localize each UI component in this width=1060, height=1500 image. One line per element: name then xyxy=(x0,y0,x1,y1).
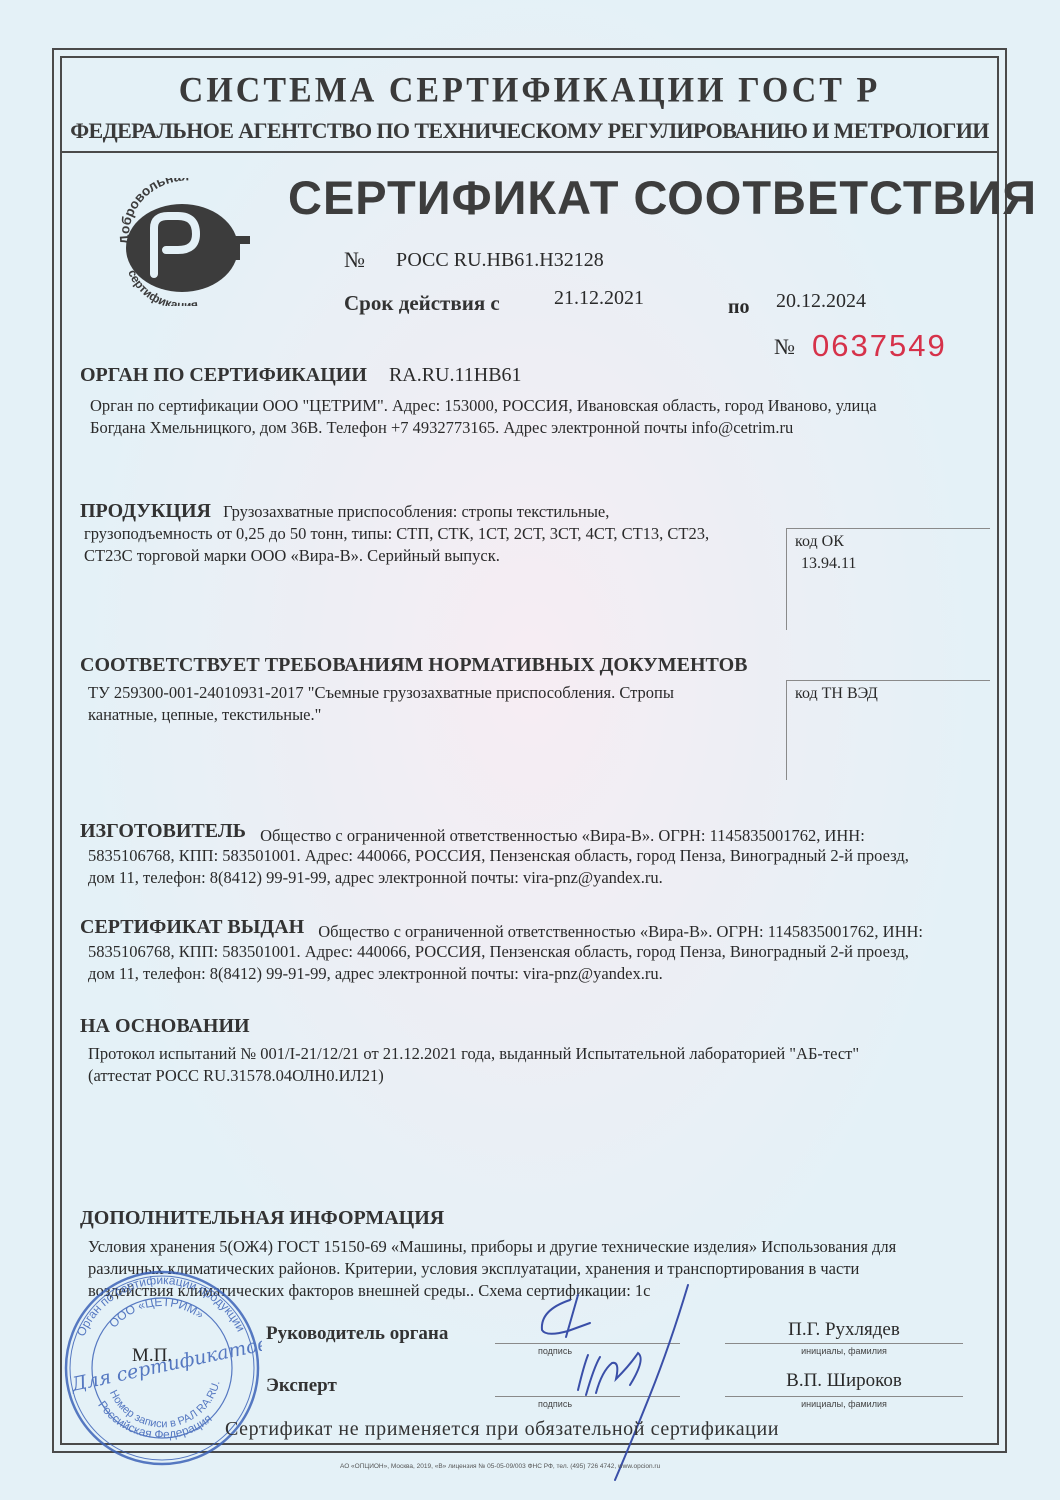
manufacturer-line: дом 11, телефон: 8(8412) 99-91-99, адрес… xyxy=(80,867,995,889)
certification-body-details: Орган по сертификации ООО "ЦЕТРИМ". Адре… xyxy=(90,395,990,439)
certification-body-heading: ОРГАН ПО СЕРТИФИКАЦИИ xyxy=(80,364,367,386)
basis-heading: НА ОСНОВАНИИ xyxy=(80,1015,250,1038)
certificate-title: СЕРТИФИКАТ СООТВЕТСТВИЯ xyxy=(288,170,1037,225)
valid-to: 20.12.2024 xyxy=(776,290,866,313)
head-signature-line xyxy=(495,1343,680,1344)
head-name: П.Г. Рухлядев xyxy=(725,1319,963,1341)
footer-note: Сертификат не применяется при обязательн… xyxy=(225,1418,779,1441)
certification-body-line: Орган по сертификации ООО "ЦЕТРИМ". Адре… xyxy=(90,395,990,417)
head-name-line xyxy=(725,1343,963,1344)
expert-name-line xyxy=(725,1396,963,1397)
conformity-details: ТУ 259300-001-24010931-2017 "Съемные гру… xyxy=(88,682,778,726)
additional-info-heading: ДОПОЛНИТЕЛЬНАЯ ИНФОРМАЦИЯ xyxy=(80,1207,444,1230)
valid-from: 21.12.2021 xyxy=(554,287,644,310)
issued-to-section: СЕРТИФИКАТ ВЫДАН Общество с ограниченной… xyxy=(80,916,995,985)
svg-text:ООО «ЦЕТРИМ»: ООО «ЦЕТРИМ» xyxy=(106,1295,207,1331)
product-line: грузоподъемность от 0,25 до 50 тонн, тип… xyxy=(80,523,780,545)
tnved-code-label: код ТН ВЭД xyxy=(795,685,982,703)
issued-to-heading: СЕРТИФИКАТ ВЫДАН xyxy=(80,916,304,938)
validity-label: Срок действия с xyxy=(344,291,500,316)
issued-to-line: 5835106768, КПП: 583501001. Адрес: 44006… xyxy=(80,941,995,963)
conformity-line: канатные, цепные, текстильные." xyxy=(88,704,778,726)
okpd-code-label: код ОК xyxy=(795,533,982,551)
product-line: Грузозахватные приспособления: стропы те… xyxy=(223,502,609,521)
head-name-caption: инициалы, фамилия xyxy=(725,1346,963,1356)
expert-role-label: Эксперт xyxy=(266,1375,337,1397)
expert-name: В.П. Широков xyxy=(725,1370,963,1392)
product-section: ПРОДУКЦИЯ Грузозахватные приспособления:… xyxy=(80,500,780,567)
additional-info-line: Условия хранения 5(ОЖ4) ГОСТ 15150-69 «М… xyxy=(88,1236,988,1258)
header-divider xyxy=(60,151,999,153)
product-line: СТ23С торговой марки ООО «Вира-В». Серий… xyxy=(80,545,780,567)
rst-logo-icon: Добровольная сертификация xyxy=(112,178,260,306)
valid-to-label: по xyxy=(728,296,750,319)
basis-details: Протокол испытаний № 001/I-21/12/21 от 2… xyxy=(88,1043,988,1087)
printer-imprint: АО «ОПЦИОН», Москва, 2019, «В» лицензия … xyxy=(340,1463,660,1470)
manufacturer-line: 5835106768, КПП: 583501001. Адрес: 44006… xyxy=(80,845,995,867)
basis-line: (аттестат РОСС RU.31578.04ОЛН0.ИЛ21) xyxy=(88,1065,988,1087)
certification-body-line: Богдана Хмельницкого, дом 36В. Телефон +… xyxy=(90,417,990,439)
issued-to-line: Общество с ограниченной ответственностью… xyxy=(318,922,923,941)
issued-to-line: дом 11, телефон: 8(8412) 99-91-99, адрес… xyxy=(80,963,995,985)
form-serial-number: 0637549 xyxy=(812,328,947,364)
tnved-code-box: код ТН ВЭД xyxy=(786,680,990,780)
certification-body-section: ОРГАН ПО СЕРТИФИКАЦИИ RA.RU.11НВ61 xyxy=(80,364,522,387)
number-label: № xyxy=(344,247,365,273)
okpd-code-value: 13.94.11 xyxy=(795,555,982,573)
agency-name: ФЕДЕРАЛЬНОЕ АГЕНТСТВО ПО ТЕХНИЧЕСКОМУ РЕ… xyxy=(60,118,999,144)
head-role-label: Руководитель органа xyxy=(266,1323,448,1345)
certificate-number: РОСС RU.НВ61.Н32128 xyxy=(396,249,604,272)
product-heading: ПРОДУКЦИЯ xyxy=(80,500,211,522)
okpd-code-box: код ОК 13.94.11 xyxy=(786,528,990,630)
manufacturer-line: Общество с ограниченной ответственностью… xyxy=(260,826,865,845)
footer-spacer xyxy=(60,1443,999,1445)
expert-signature-caption: подпись xyxy=(495,1399,615,1409)
head-signature-caption: подпись xyxy=(495,1346,615,1356)
expert-signature-line xyxy=(495,1396,680,1397)
basis-line: Протокол испытаний № 001/I-21/12/21 от 2… xyxy=(88,1043,988,1065)
expert-name-caption: инициалы, фамилия xyxy=(725,1399,963,1409)
system-title: СИСТЕМА СЕРТИФИКАЦИИ ГОСТ Р xyxy=(60,71,999,111)
conformity-heading: СООТВЕТСТВУЕТ ТРЕБОВАНИЯМ НОРМАТИВНЫХ ДО… xyxy=(80,654,748,677)
manufacturer-heading: ИЗГОТОВИТЕЛЬ xyxy=(80,820,246,842)
serial-prefix: № xyxy=(774,334,795,360)
manufacturer-section: ИЗГОТОВИТЕЛЬ Общество с ограниченной отв… xyxy=(80,820,995,889)
certification-body-code: RA.RU.11НВ61 xyxy=(389,364,522,386)
conformity-line: ТУ 259300-001-24010931-2017 "Съемные гру… xyxy=(88,682,778,704)
